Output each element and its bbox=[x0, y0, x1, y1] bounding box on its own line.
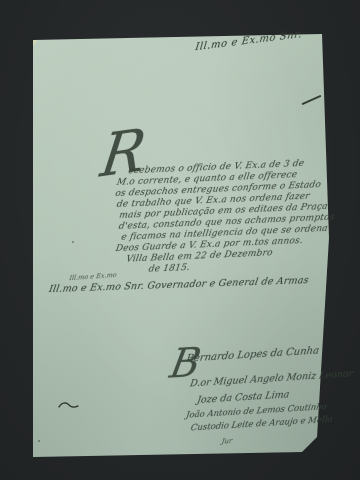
paraph-mark: Jur bbox=[221, 437, 233, 446]
ink-squiggle-left-margin bbox=[58, 400, 80, 410]
ink-speck bbox=[72, 241, 74, 243]
photo-background: Ill.mo e Ex.mo Snr. R ecebemos o officio… bbox=[0, 0, 360, 480]
signature-line: D.or Miguel Angelo Moniz Leonor bbox=[189, 368, 354, 389]
signature-block: B Bernardo Lopes da Cunha D.or Miguel An… bbox=[178, 340, 344, 450]
paper-corner-highlight bbox=[33, 40, 38, 46]
ink-speck bbox=[38, 440, 40, 442]
signature-line: Bernardo Lopes da Cunha bbox=[186, 345, 320, 364]
letter-body: ecebemos o officio de V. Ex.a de 3 de M.… bbox=[114, 157, 336, 276]
signature-line: Joze da Costa Lima bbox=[196, 389, 290, 406]
